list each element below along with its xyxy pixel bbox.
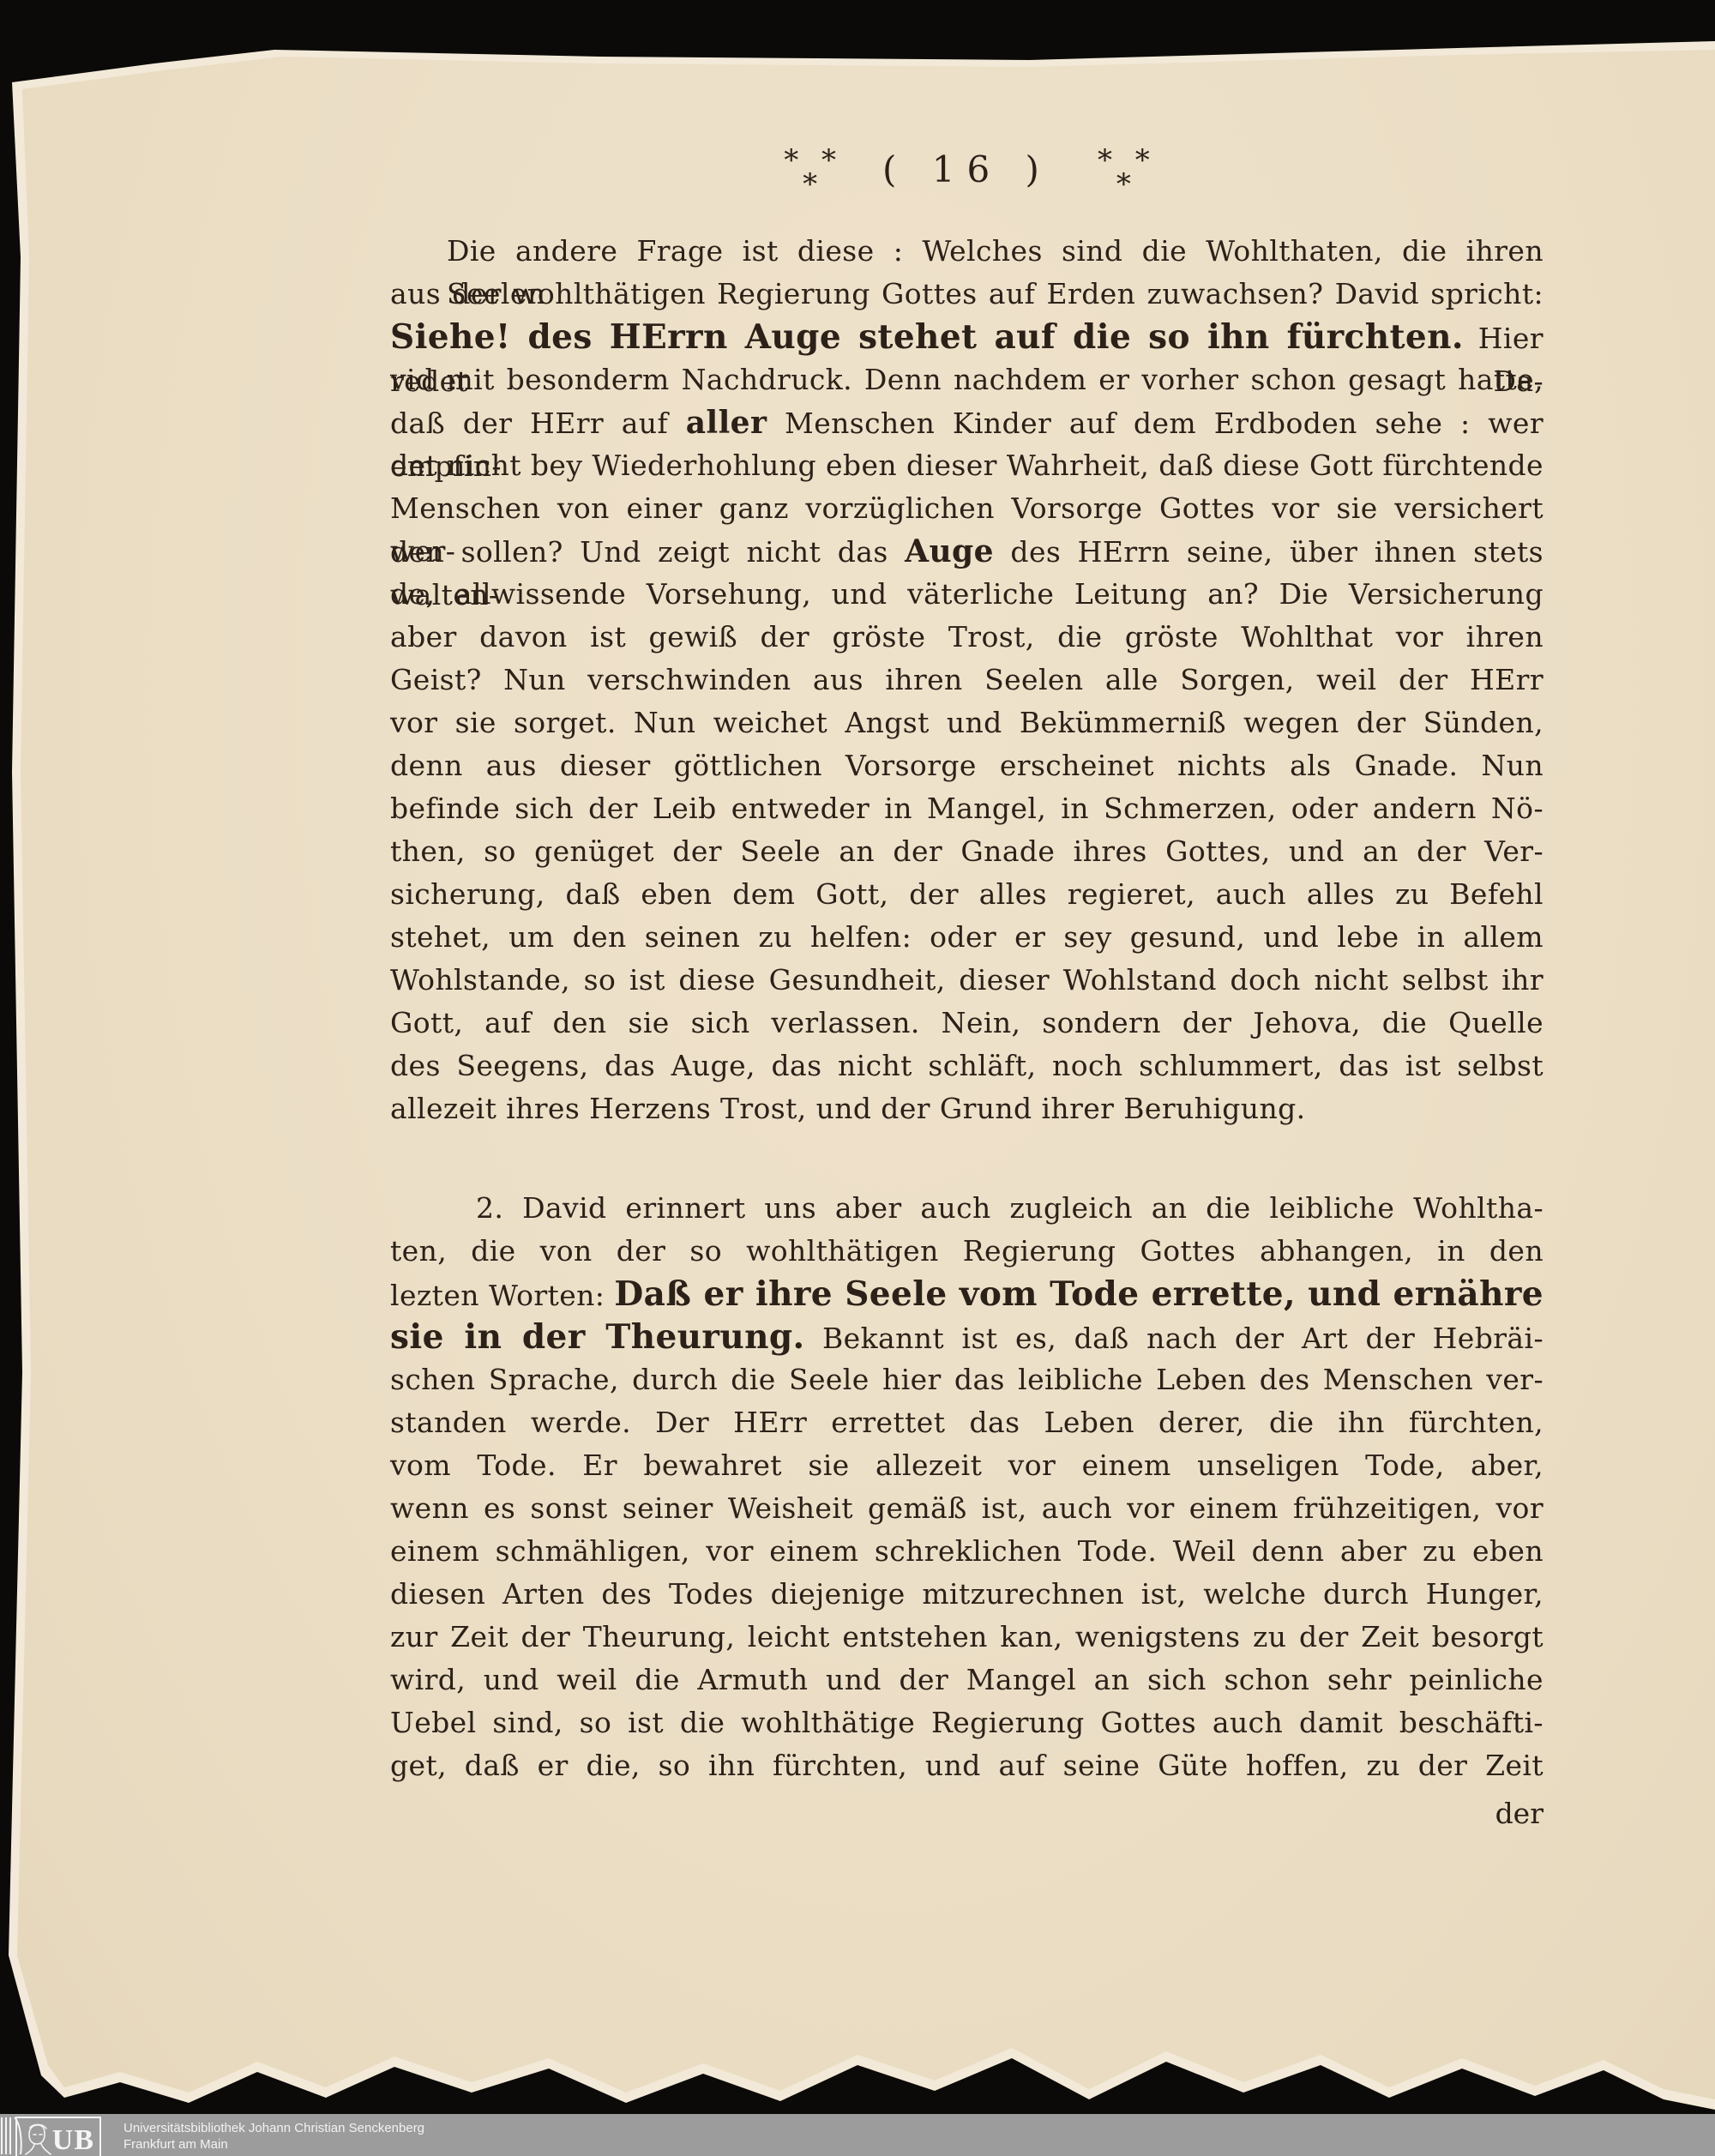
emphasized-word: aller xyxy=(686,405,767,441)
text-line: standen werde. Der HErr errettet das Leb… xyxy=(390,1401,1543,1444)
text-line: Geist? Nun verschwinden aus ihren Seelen… xyxy=(390,659,1543,702)
text-line: denn aus dieser göttlichen Vorsorge ersc… xyxy=(390,744,1543,787)
text-line: lezten Worten: Daß er ihre Seele vom Tod… xyxy=(390,1273,1543,1316)
text-line: Uebel sind, so ist die wohlthätige Regie… xyxy=(390,1701,1543,1744)
paragraph-1: Die andere Frage ist diese : Welches sin… xyxy=(390,230,1543,1130)
text-line: Die andere Frage ist diese : Welches sin… xyxy=(390,230,1543,273)
body-text: Wohlstande, so ist diese Gesundheit, die… xyxy=(390,963,1543,997)
text-line: schen Sprache, durch die Seele hier das … xyxy=(390,1358,1543,1401)
text-block: Die andere Frage ist diese : Welches sin… xyxy=(390,230,1543,1787)
body-text: vid mit besonderm Nachdruck. Denn nachde… xyxy=(390,363,1543,396)
footer-text: Universitätsbibliothek Johann Christian … xyxy=(123,2118,424,2153)
text-line: vom Tode. Er bewahret sie allezeit vor e… xyxy=(390,1444,1543,1487)
text-line: 2. David erinnert uns aber auch zugleich… xyxy=(390,1187,1543,1230)
body-text: zur Zeit der Theurung, leicht entstehen … xyxy=(390,1620,1543,1653)
text-line: daß der HErr auf aller Menschen Kinder a… xyxy=(390,401,1543,444)
body-text: ten, die von der so wohlthätigen Regieru… xyxy=(390,1234,1543,1268)
text-line: Menschen von einer ganz vorzüglichen Vor… xyxy=(390,487,1543,530)
text-line: sie in der Theurung. Bekannt ist es, daß… xyxy=(390,1316,1543,1358)
body-text: Gott, auf den sie sich verlassen. Nein, … xyxy=(390,1006,1543,1039)
body-text: allezeit ihres Herzens Trost, und der Gr… xyxy=(390,1092,1306,1125)
text-line: allezeit ihres Herzens Trost, und der Gr… xyxy=(390,1087,1543,1130)
text-line: Gott, auf den sie sich verlassen. Nein, … xyxy=(390,1002,1543,1045)
text-line: den sollen? Und zeigt nicht das Auge des… xyxy=(390,530,1543,573)
text-line: wenn es sonst seiner Weisheit gemäß ist,… xyxy=(390,1487,1543,1530)
text-line: zur Zeit der Theurung, leicht entstehen … xyxy=(390,1616,1543,1659)
body-text: daß der HErr auf xyxy=(390,407,686,440)
text-line: then, so genüget der Seele an der Gnade … xyxy=(390,830,1543,873)
text-line: wird, und weil die Armuth und der Mangel… xyxy=(390,1659,1543,1701)
body-text: einem schmähligen, vor einem schrekliche… xyxy=(390,1534,1543,1568)
ub-logo: UB xyxy=(0,2114,105,2156)
emphasized-verse-text: Siehe! des HErrn Auge stehet auf die so … xyxy=(390,317,1464,357)
body-text: lezten Worten: xyxy=(390,1279,614,1312)
library-city: Frankfurt am Main xyxy=(123,2136,424,2153)
body-text: diesen Arten des Todes diejenige mitzure… xyxy=(390,1577,1543,1611)
body-text: befinde sich der Leib entweder in Mangel… xyxy=(390,792,1543,825)
text-line: Siehe! des HErrn Auge stehet auf die so … xyxy=(390,316,1543,358)
ub-logo-text: UB xyxy=(52,2126,94,2155)
body-text: aus der wohlthätigen Regierung Gottes au… xyxy=(390,277,1543,310)
text-line: aber davon ist gewiß der gröste Trost, d… xyxy=(390,616,1543,659)
body-text: get, daß er die, so ihn fürchten, und au… xyxy=(390,1749,1543,1782)
text-line: vid mit besonderm Nachdruck. Denn nachde… xyxy=(390,358,1543,401)
body-text: standen werde. Der HErr errettet das Leb… xyxy=(390,1406,1543,1439)
text-line: aus der wohlthätigen Regierung Gottes au… xyxy=(390,273,1543,316)
body-text: then, so genüget der Seele an der Gnade … xyxy=(390,834,1543,868)
ornament-left: * * * xyxy=(777,148,843,196)
body-text: stehet, um den seinen zu helfen: oder er… xyxy=(390,920,1543,954)
text-line: sicherung, daß eben dem Gott, der alles … xyxy=(390,873,1543,916)
emphasized-word: Auge xyxy=(905,533,994,569)
page-content: * * * ( 16 ) * * * Die andere Frage ist … xyxy=(0,0,1715,2156)
text-line: de, allwissende Vorsehung, und väterlich… xyxy=(390,573,1543,616)
text-line: stehet, um den seinen zu helfen: oder er… xyxy=(390,916,1543,959)
library-footer-bar: UB Universitätsbibliothek Johann Christi… xyxy=(0,2114,1715,2156)
body-text: aber davon ist gewiß der gröste Trost, d… xyxy=(390,620,1543,653)
page-header: * * * ( 16 ) * * * xyxy=(390,137,1543,206)
ub-logo-box: UB xyxy=(15,2117,101,2156)
scan-background: * * * ( 16 ) * * * Die andere Frage ist … xyxy=(0,0,1715,2156)
portrait-icon xyxy=(22,2122,53,2156)
body-text: Bekannt ist es, daß nach der Art der Heb… xyxy=(805,1322,1543,1355)
text-line: get, daß er die, so ihn fürchten, und au… xyxy=(390,1744,1543,1787)
body-text: wird, und weil die Armuth und der Mangel… xyxy=(390,1663,1543,1696)
body-text: denn aus dieser göttlichen Vorsorge ersc… xyxy=(390,749,1543,782)
body-text: det nicht bey Wiederhohlung eben dieser … xyxy=(390,449,1543,482)
text-line: Wohlstande, so ist diese Gesundheit, die… xyxy=(390,959,1543,1002)
library-name: Universitätsbibliothek Johann Christian … xyxy=(123,2120,424,2136)
body-text: wenn es sonst seiner Weisheit gemäß ist,… xyxy=(390,1491,1543,1525)
body-text: des Seegens, das Auge, das nicht schläft… xyxy=(390,1049,1543,1082)
body-text: 2. David erinnert uns aber auch zugleich… xyxy=(476,1191,1543,1225)
body-text: sicherung, daß eben dem Gott, der alles … xyxy=(390,877,1543,911)
emphasized-verse-text: sie in der Theurung. xyxy=(390,1317,805,1357)
body-text: Geist? Nun verschwinden aus ihren Seelen… xyxy=(390,663,1543,696)
text-line: ten, die von der so wohlthätigen Regieru… xyxy=(390,1230,1543,1273)
body-text: vor sie sorget. Nun weichet Angst und Be… xyxy=(390,706,1543,739)
body-text: den sollen? Und zeigt nicht das xyxy=(390,535,905,569)
catchword-row: der xyxy=(390,1792,1543,1835)
asterisk-ornament: * xyxy=(803,173,817,196)
paragraph-2: 2. David erinnert uns aber auch zugleich… xyxy=(390,1187,1543,1787)
emphasized-verse-text: Daß er ihre Seele vom Tode errette, und … xyxy=(614,1274,1543,1314)
text-line: befinde sich der Leib entweder in Mangel… xyxy=(390,787,1543,830)
body-text: vom Tode. Er bewahret sie allezeit vor e… xyxy=(390,1448,1543,1482)
page-number: ( 16 ) xyxy=(882,144,1051,196)
asterisk-ornament: * xyxy=(1116,173,1131,196)
text-line: des Seegens, das Auge, das nicht schläft… xyxy=(390,1045,1543,1087)
body-text: schen Sprache, durch die Seele hier das … xyxy=(390,1363,1543,1396)
text-line: det nicht bey Wiederhohlung eben dieser … xyxy=(390,444,1543,487)
text-line: einem schmähligen, vor einem schrekliche… xyxy=(390,1530,1543,1573)
body-text: Uebel sind, so ist die wohlthätige Regie… xyxy=(390,1706,1543,1739)
ornament-right: * * * xyxy=(1091,148,1157,196)
text-line: diesen Arten des Todes diejenige mitzure… xyxy=(390,1573,1543,1616)
text-line: vor sie sorget. Nun weichet Angst und Be… xyxy=(390,702,1543,744)
body-text: de, allwissende Vorsehung, und väterlich… xyxy=(390,577,1543,611)
catchword: der xyxy=(1495,1797,1543,1830)
